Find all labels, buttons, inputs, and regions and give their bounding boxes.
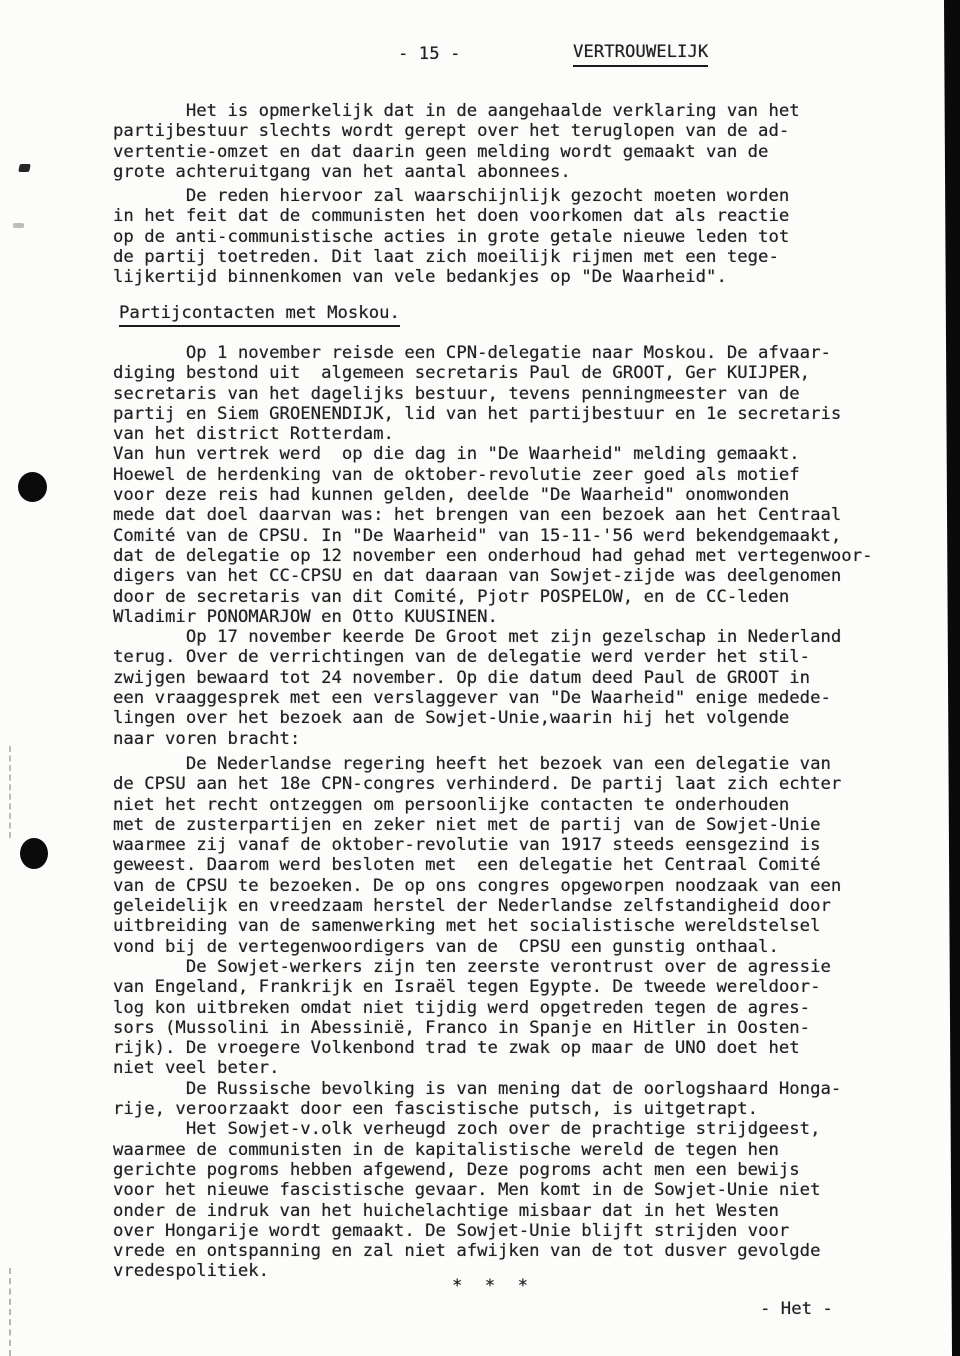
ink-dot-mark-lower (20, 838, 48, 869)
ink-dot-mark-upper (18, 472, 47, 502)
scanned-document-page: - 15 - VERTROUWELIJK Het is opmerkelijk … (0, 0, 960, 1356)
asterisk-separator: * * * (452, 1276, 534, 1296)
scan-edge-shadow-bar (944, 0, 960, 1356)
paragraph-advertising-decline: Het is opmerkelijk dat in de aangehaalde… (113, 101, 800, 182)
paragraph-cpn-delegation-moscow: Op 1 november reisde een CPN-delegatie n… (113, 343, 873, 749)
ink-speck-faint (13, 223, 24, 228)
ink-speck-upper (18, 164, 31, 172)
classification-stamp: VERTROUWELIJK (573, 42, 708, 67)
section-heading-party-contacts-moscow: Partijcontacten met Moskou. (119, 303, 400, 327)
paragraph-reason-new-members: De reden hiervoor zal waarschijnlijk gez… (113, 186, 789, 287)
paragraph-de-groot-statement: De Nederlandse regering heeft het bezoek… (113, 754, 841, 1282)
perforation-dots-lower (9, 1268, 11, 1356)
continuation-mark: - Het - (760, 1299, 833, 1319)
page-number: - 15 - (398, 44, 460, 64)
perforation-dots-upper (9, 746, 11, 838)
